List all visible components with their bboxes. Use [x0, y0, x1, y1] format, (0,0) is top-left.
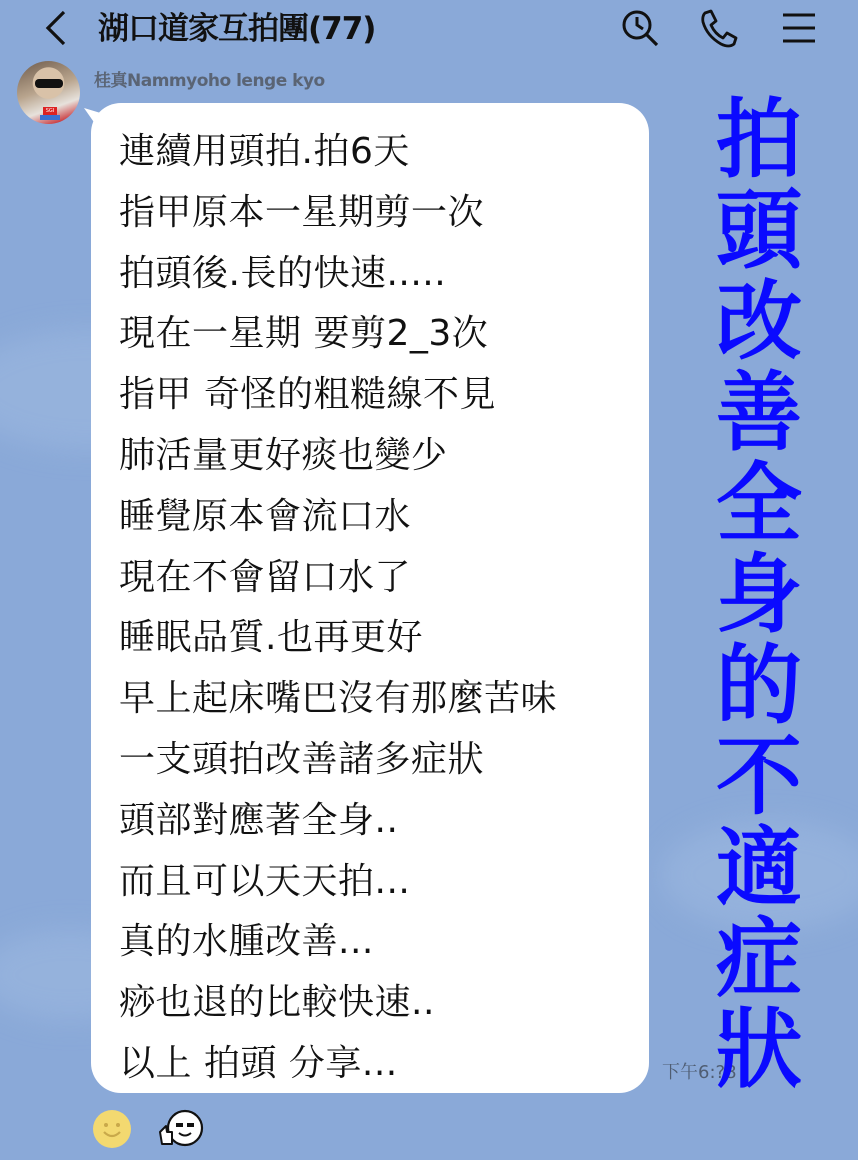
avatar-sunglasses [35, 79, 63, 88]
sender-avatar[interactable]: SGI [17, 61, 80, 124]
message-line: 睡覺原本會流口水 [119, 487, 557, 548]
back-button[interactable] [38, 8, 74, 48]
thumbs-up-sticker-icon [156, 1106, 206, 1152]
message-line: 現在一星期 要剪2_3次 [119, 304, 557, 365]
message-line: 拍頭後.長的快速..... [119, 244, 557, 305]
message-line: 而且可以天天拍... [119, 852, 557, 913]
overlay-char: 頭 [714, 186, 804, 277]
overlay-char: 身 [714, 550, 804, 641]
avatar-badge-strip [40, 115, 60, 120]
overlay-char: 狀 [714, 1005, 804, 1096]
message-line: 指甲原本一星期剪一次 [119, 183, 557, 244]
call-button[interactable] [697, 8, 739, 48]
message-line: 連續用頭拍.拍6天 [119, 122, 557, 183]
message-line: 痧也退的比較快速.. [119, 973, 557, 1034]
overlay-char: 症 [714, 914, 804, 1005]
history-search-icon [619, 8, 661, 48]
message-text: 連續用頭拍.拍6天 指甲原本一星期剪一次 拍頭後.長的快速..... 現在一星期… [119, 122, 557, 1095]
overlay-char: 的 [714, 641, 804, 732]
chat-header: 湖口道家互拍團(77) [0, 0, 858, 58]
sender-name: 桂真Nammyoho lenge kyo [94, 66, 325, 91]
phone-icon [697, 8, 739, 48]
message-line: 現在不會留口水了 [119, 548, 557, 609]
search-button[interactable] [619, 8, 661, 48]
message-line: 一支頭拍改善諸多症狀 [119, 730, 557, 791]
hamburger-menu-icon [778, 8, 820, 48]
overlay-char: 不 [714, 732, 804, 823]
overlay-char: 善 [714, 368, 804, 459]
overlay-char: 改 [714, 277, 804, 368]
overlay-caption: 拍 頭 改 善 全 身 的 不 適 症 狀 [714, 95, 804, 1096]
sticker-button[interactable] [156, 1106, 206, 1152]
overlay-char: 全 [714, 459, 804, 550]
menu-button[interactable] [778, 8, 820, 48]
overlay-char: 適 [714, 823, 804, 914]
chevron-left-icon [38, 8, 74, 48]
message-line: 指甲 奇怪的粗糙線不見 [119, 365, 557, 426]
message-line: 肺活量更好痰也變少 [119, 426, 557, 487]
emoji-reaction-button[interactable] [93, 1110, 131, 1148]
message-line: 頭部對應著全身.. [119, 791, 557, 852]
smiley-icon [93, 1110, 131, 1148]
overlay-char: 拍 [714, 95, 804, 186]
chat-title: 湖口道家互拍團(77) [98, 7, 375, 51]
avatar-badge: SGI [43, 107, 57, 115]
message-line: 早上起床嘴巴沒有那麼苦味 [119, 669, 557, 730]
message-line: 真的水腫改善... [119, 912, 557, 973]
message-line: 睡眠品質.也再更好 [119, 608, 557, 669]
message-line: 以上 拍頭 分享... [119, 1034, 557, 1095]
